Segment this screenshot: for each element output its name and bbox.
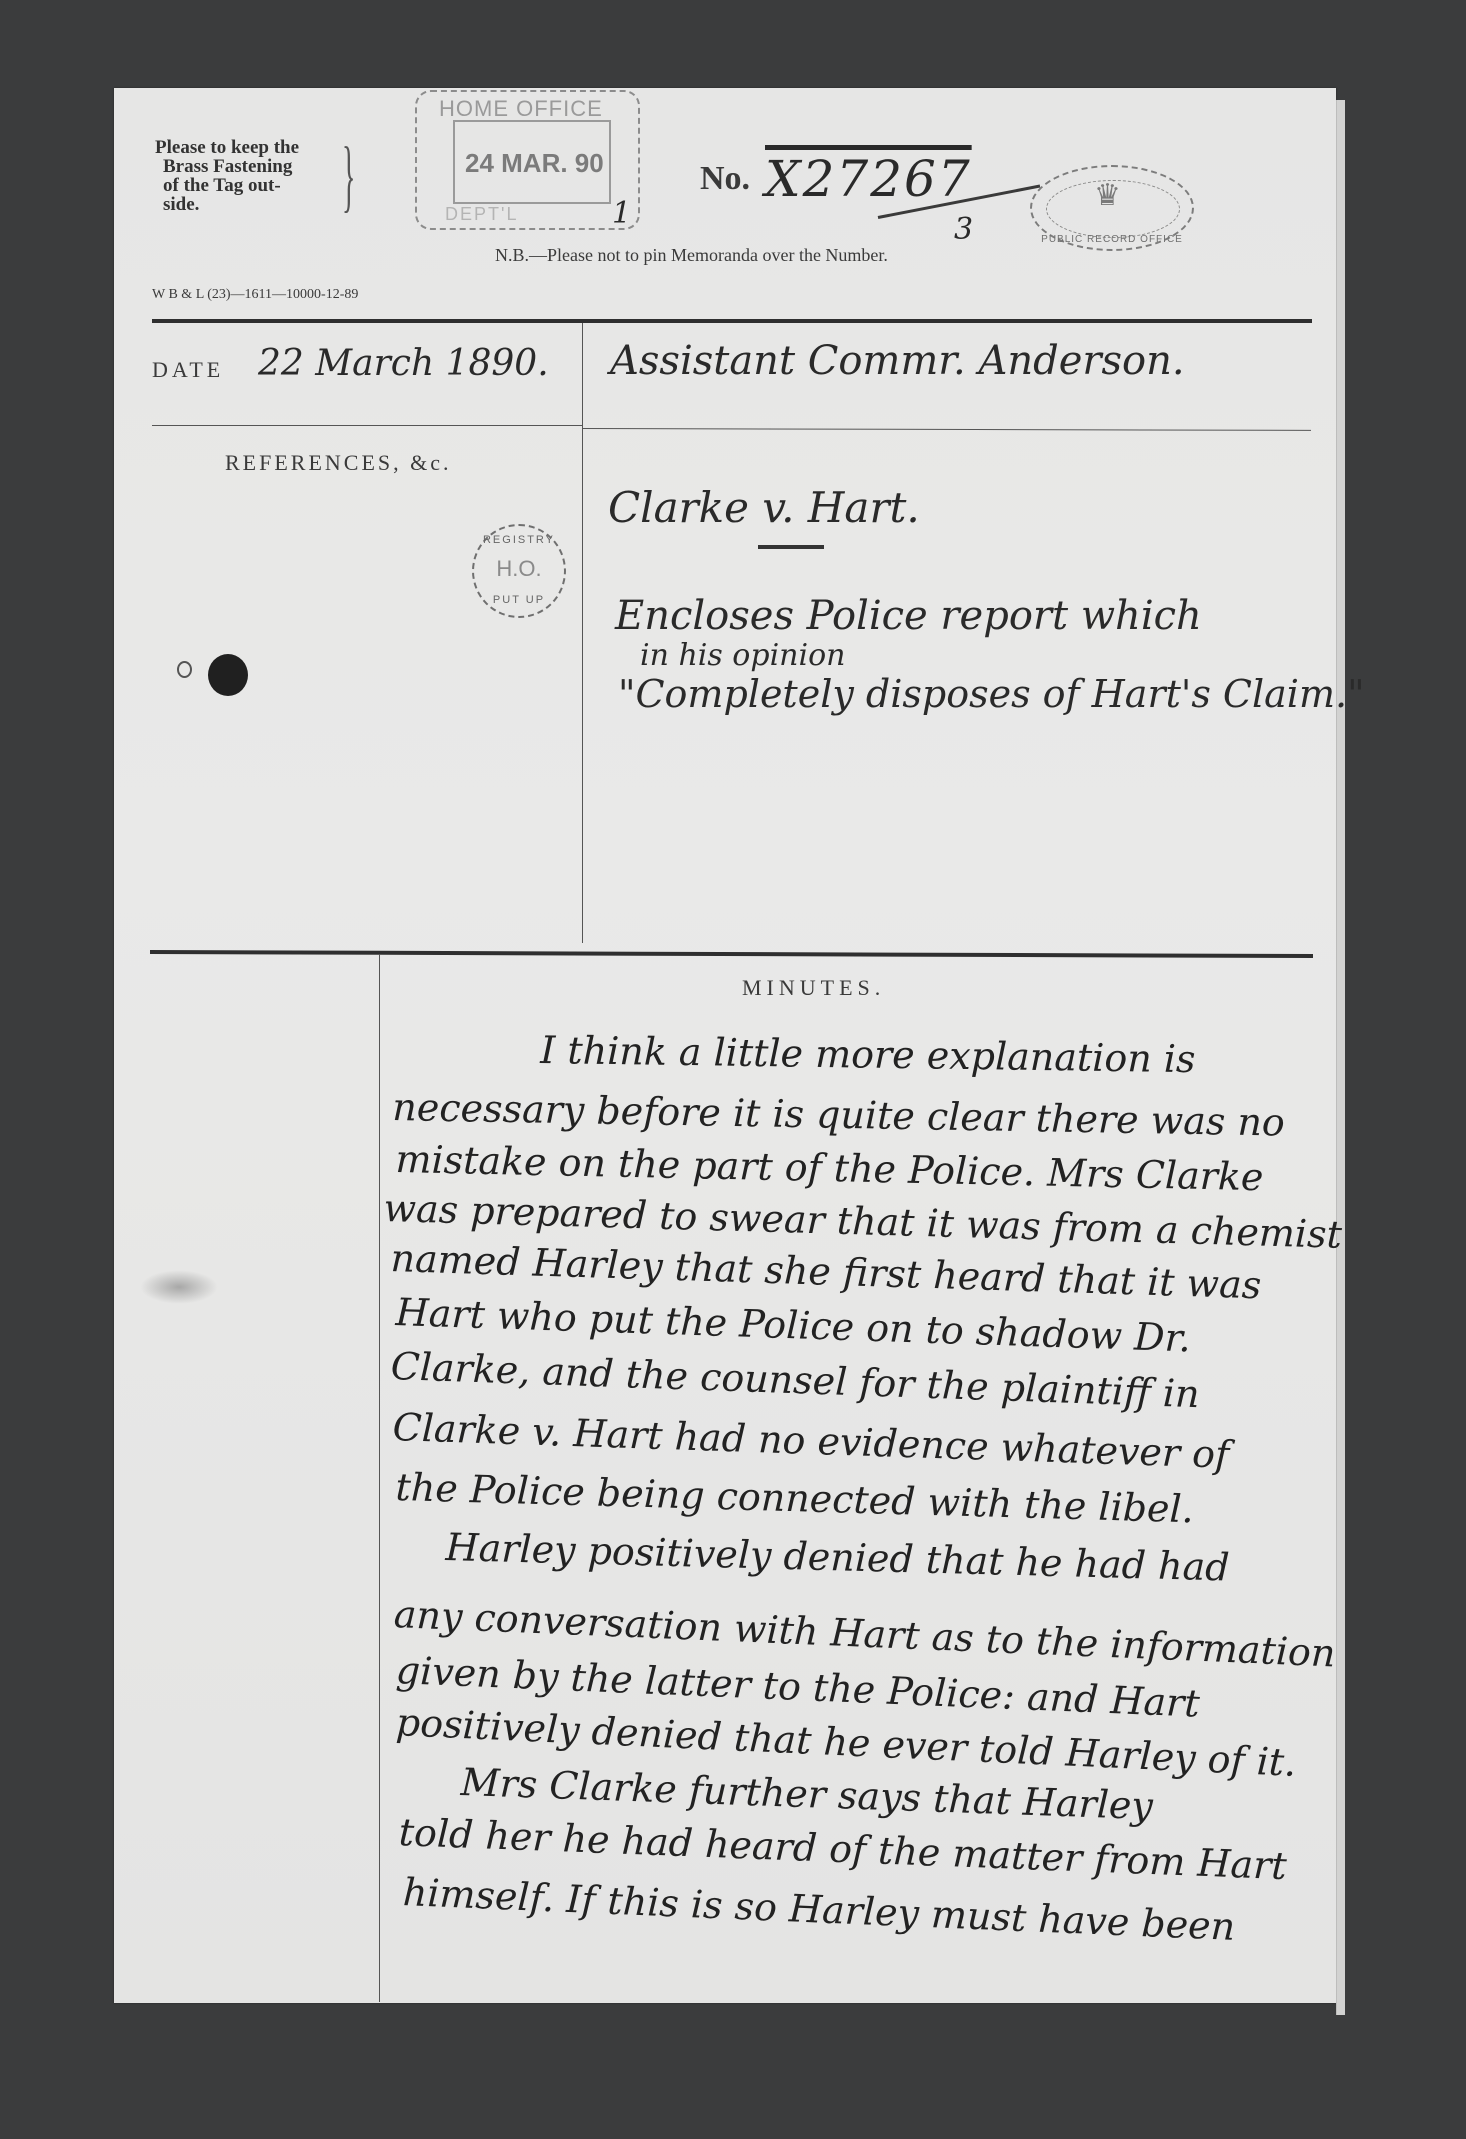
summary-line: Encloses Police report which xyxy=(615,593,1202,639)
tag-notice-line: of the Tag out- xyxy=(155,176,299,195)
date-rule xyxy=(152,425,582,426)
punch-mark xyxy=(177,661,192,678)
summary-line: "Completely disposes of Hart's Claim." xyxy=(618,672,1365,716)
public-record-office-stamp: ♛ PUBLIC RECORD OFFICE xyxy=(1030,165,1194,251)
brace-icon: } xyxy=(342,136,355,216)
file-number-sub: 3 xyxy=(954,212,973,247)
addressee: Assistant Commr. Anderson. xyxy=(610,338,1185,384)
tag-notice-line: Please to keep the xyxy=(155,138,299,157)
subject: Clarke v. Hart. xyxy=(608,483,920,532)
file-number: X27267 xyxy=(765,150,972,208)
stamp-mark: 1 xyxy=(612,196,631,231)
minutes-margin-line xyxy=(379,954,380,2002)
registry-stamp-center: H.O. xyxy=(474,556,564,582)
tag-notice-line: Brass Fastening xyxy=(155,157,299,176)
column-divider xyxy=(582,323,583,943)
registry-stamp-bottom: PUT UP xyxy=(474,594,564,606)
punch-hole xyxy=(208,654,248,696)
stamp-office: HOME OFFICE xyxy=(439,96,603,122)
tag-notice: Please to keep the Brass Fastening of th… xyxy=(155,138,299,214)
registry-stamp: REGISTRY H.O. PUT UP xyxy=(472,524,566,618)
nb-note: N.B.—Please not to pin Memoranda over th… xyxy=(495,245,888,266)
references-label: REFERENCES, &c. xyxy=(225,450,452,476)
printer-code: W B & L (23)—1611—10000-12-89 xyxy=(152,287,358,303)
registry-stamp-top: REGISTRY xyxy=(474,534,564,546)
fingerprint-smudge xyxy=(140,1270,218,1304)
summary-line: in his opinion xyxy=(640,638,845,673)
minutes-heading: MINUTES. xyxy=(742,975,885,1001)
stamp-dept: DEPT'L xyxy=(445,204,518,225)
stamp-date: 24 MAR. 90 xyxy=(465,148,604,179)
stamp-inner-box: 24 MAR. 90 xyxy=(453,120,611,204)
number-label: No. xyxy=(700,160,750,198)
paper-edge xyxy=(1336,100,1345,2015)
minute-line: I think a little more explanation is xyxy=(540,1028,1196,1081)
home-office-stamp: HOME OFFICE 24 MAR. 90 DEPT'L xyxy=(415,90,640,230)
date-value: 22 March 1890. xyxy=(258,343,549,384)
stamp-text: PUBLIC RECORD OFFICE xyxy=(1032,234,1192,245)
crown-crest-icon: ♛ xyxy=(1094,181,1121,211)
date-label: DATE xyxy=(152,357,224,383)
top-rule xyxy=(152,319,1312,323)
tag-notice-line: side. xyxy=(155,195,299,214)
subject-underline xyxy=(758,545,824,549)
